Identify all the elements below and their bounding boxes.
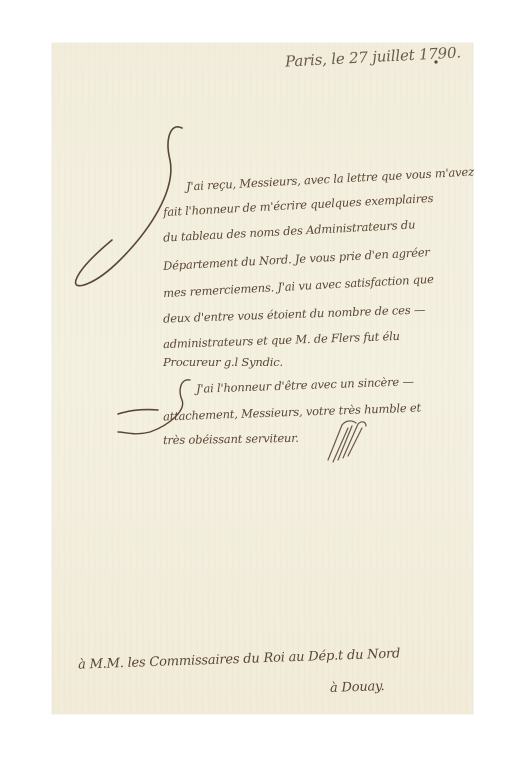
- closing-line: très obéissant serviteur.: [163, 431, 299, 447]
- body-line: Procureur g.l Syndic.: [163, 355, 283, 369]
- address-line: à Douay.: [330, 679, 385, 696]
